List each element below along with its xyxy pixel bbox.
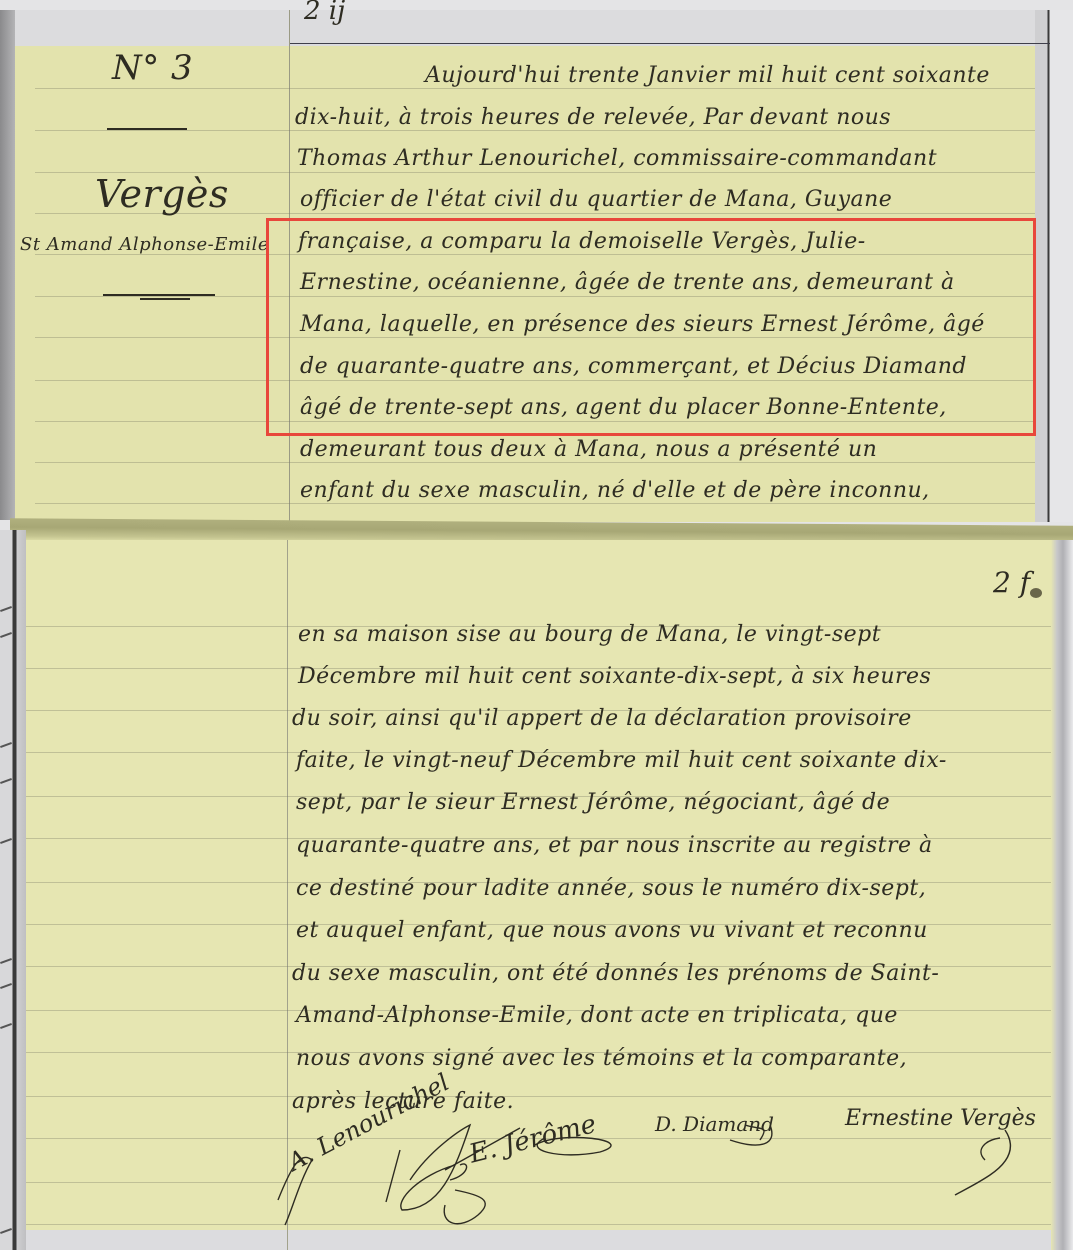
folio-number-top: 2 ij <box>304 0 345 26</box>
folio-number-lower: 2 f <box>993 566 1030 599</box>
text-line: Aujourd'hui trente Janvier mil huit cent… <box>425 62 990 90</box>
margin-surname: Vergès <box>95 172 229 216</box>
margin-rule <box>107 128 187 130</box>
text-line: dix-huit, à trois heures de relevée, Par… <box>295 104 891 132</box>
binding-edge-upper <box>0 10 15 520</box>
text-line: Thomas Arthur Lenourichel, commissaire-c… <box>297 145 937 173</box>
text-line: officier de l'état civil du quartier de … <box>300 186 892 214</box>
margin-double-rule-top <box>103 294 215 296</box>
text-line: faite, le vingt-neuf Décembre mil huit c… <box>296 747 947 775</box>
text-line: et auquel enfant, que nous avons vu viva… <box>296 917 928 945</box>
signature-declarant: Ernestine Vergès <box>845 1106 1036 1131</box>
highlight-box <box>266 218 1036 436</box>
text-line: en sa maison sise au bourg de Mana, le v… <box>298 621 881 649</box>
ruled-line <box>26 1224 1051 1225</box>
text-line: Décembre mil huit cent soixante-dix-sept… <box>298 663 931 691</box>
ruled-line <box>26 1096 1051 1097</box>
text-line: du sexe masculin, ont été donnés les pré… <box>292 960 939 988</box>
lower-page-right-edge <box>1051 540 1073 1250</box>
text-line: nous avons signé avec les témoins et la … <box>296 1045 907 1073</box>
binding-ink-marks <box>0 530 14 1250</box>
text-line: ce destiné pour ladite année, sous le nu… <box>296 875 926 903</box>
ruled-line <box>26 1182 1051 1183</box>
header-rule <box>290 43 1050 44</box>
upper-page-right-edge <box>1035 10 1073 522</box>
lower-page-bottom-margin <box>26 1230 1073 1250</box>
text-line: du soir, ainsi qu'il appert de la déclar… <box>292 705 912 733</box>
record-number: N° 3 <box>112 48 193 88</box>
text-line: sept, par le sieur Ernest Jérôme, négoci… <box>296 789 890 817</box>
margin-given-names: St Amand Alphonse-Emile <box>20 234 269 255</box>
text-line: Amand-Alphonse-Emile, dont acte en tripl… <box>296 1002 898 1030</box>
text-line: quarante-quatre ans, et par nous inscrit… <box>296 832 933 860</box>
text-line: demeurant tous deux à Mana, nous a prése… <box>300 436 877 464</box>
signature-witness-diamand: D. Diamand <box>655 1112 774 1136</box>
ink-blot <box>1030 588 1042 598</box>
margin-double-rule-bottom <box>140 298 190 300</box>
text-line: enfant du sexe masculin, né d'elle et de… <box>300 477 930 505</box>
margin-divider-lower <box>287 540 288 1250</box>
